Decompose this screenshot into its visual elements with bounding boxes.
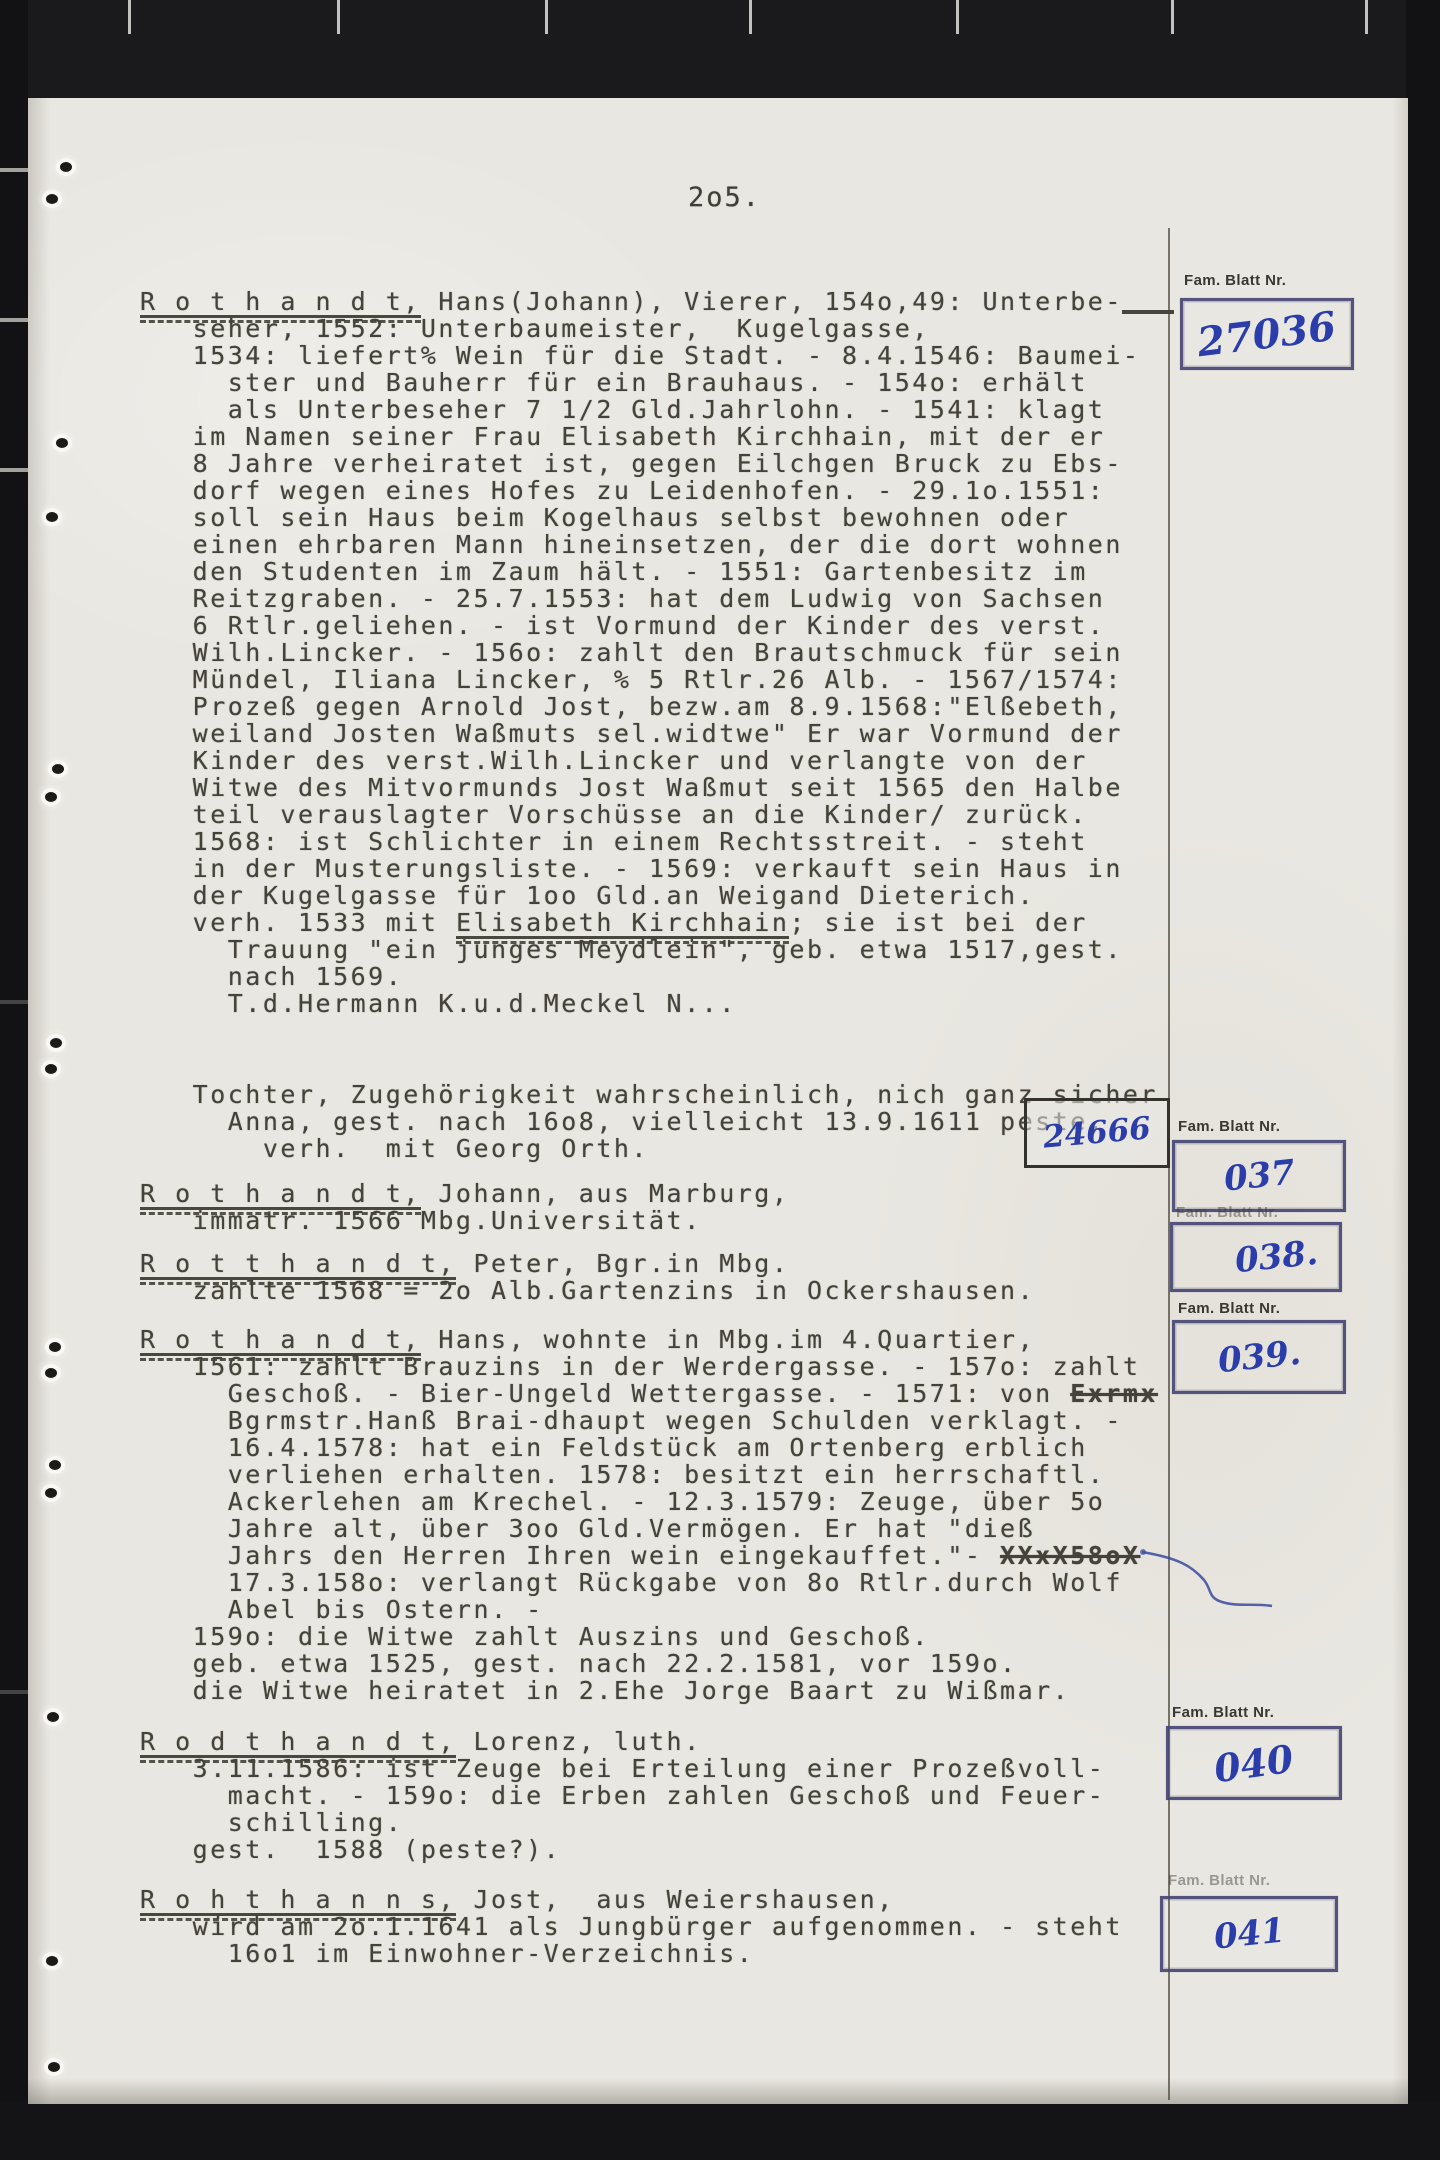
punch-hole: [46, 1956, 58, 1966]
text-line: soll sein Haus beim Kogelhaus selbst bew…: [140, 504, 1260, 531]
text-line: Wilh.Lincker. - 156o: zahlt den Brautsch…: [140, 639, 1260, 666]
text-line: 16o1 im Einwohner-Verzeichnis.: [140, 1940, 1260, 1967]
punch-hole: [45, 1488, 57, 1498]
entry-body: 3.11.1586: ist Zeuge bei Erteilung einer…: [140, 1755, 1260, 1863]
film-edge-mark: [0, 318, 28, 322]
text-line: geb. etwa 1525, gest. nach 22.2.1581, vo…: [140, 1650, 1260, 1677]
stamp-box-039: 039.: [1172, 1320, 1346, 1394]
film-frame-tick: [128, 0, 131, 34]
film-strip-top: [0, 0, 1440, 100]
stamp-label: Fam. Blatt Nr.: [1176, 1204, 1278, 1221]
struck-text-line: Jahrs den Herren Ihren wein eingekauffet…: [140, 1542, 1260, 1569]
entry-heading: R o t t h a n d t, Peter, Bgr.in Mbg.: [140, 1250, 1260, 1277]
text-line: 1534: liefert% Wein für die Stadt. - 8.4…: [140, 342, 1260, 369]
handwritten-number: 038.: [1233, 1233, 1320, 1281]
film-strip-right: [1406, 0, 1440, 2160]
handwritten-number: 041: [1212, 1910, 1287, 1957]
text-line: Witwe des Mitvormunds Jost Waßmut seit 1…: [140, 774, 1260, 801]
stamp-box-038: 038.: [1170, 1222, 1342, 1292]
punch-hole: [45, 792, 57, 802]
punch-hole: [47, 1712, 59, 1722]
entry-heading: R o d t h a n d t, Lorenz, luth.: [140, 1728, 1260, 1755]
text-line: Ackerlehen am Krechel. - 12.3.1579: Zeug…: [140, 1488, 1260, 1515]
punch-hole: [52, 764, 64, 774]
film-edge-mark: [0, 468, 28, 472]
punch-hole: [49, 1460, 61, 1470]
stamp-box-041: 041: [1160, 1896, 1338, 1972]
entry-heading-rest: Hans, wohnte in Mbg.im 4.Quartier,: [421, 1325, 1035, 1354]
film-frame-tick: [337, 0, 340, 34]
text-line: Reitzgraben. - 25.7.1553: hat dem Ludwig…: [140, 585, 1260, 612]
punch-hole: [56, 438, 68, 448]
punch-hole: [46, 512, 58, 522]
stamp-box-037: 037: [1172, 1140, 1346, 1212]
entry-heading-rest: Jost, aus Weiershausen,: [456, 1885, 895, 1914]
text-line: 8 Jahre verheiratet ist, gegen Eilchgen …: [140, 450, 1260, 477]
film-edge-mark: [0, 1000, 28, 1004]
entry-rothandt-hans-quartier: R o t h a n d t, Hans, wohnte in Mbg.im …: [140, 1326, 1260, 1704]
punch-hole: [48, 2062, 60, 2072]
entry-body: seher, 1552: Unterbaumeister, Kugelgasse…: [140, 315, 1260, 909]
entry-body: Trauung "ein junges Meydlein", geb. etwa…: [140, 936, 1260, 1017]
text-line: verliehen erhalten. 1578: besitzt ein he…: [140, 1461, 1260, 1488]
film-edge-mark: [0, 1690, 28, 1694]
punch-hole: [50, 1038, 62, 1048]
text-line: schilling.: [140, 1809, 1260, 1836]
entry-rohthanns-jost: R o h t h a n n s, Jost, aus Weiershause…: [140, 1886, 1260, 1967]
text-line: der Kugelgasse für 1oo Gld.an Weigand Di…: [140, 882, 1260, 909]
entry-heading: R o t h a n d t, Johann, aus Marburg,: [140, 1180, 1260, 1207]
text-line: Abel bis Ostern. -: [140, 1596, 1260, 1623]
text-line: 159o: die Witwe zahlt Auszins und Gescho…: [140, 1623, 1260, 1650]
text-line: Bgrmstr.Hanß Brai-dhaupt wegen Schulden …: [140, 1407, 1260, 1434]
film-frame-tick: [1171, 0, 1174, 34]
text-line: Mündel, Iliana Lincker, % 5 Rtlr.26 Alb.…: [140, 666, 1260, 693]
marriage-line: verh. 1533 mit Elisabeth Kirchhain; sie …: [140, 909, 1260, 936]
stamp-label: Fam. Blatt Nr.: [1178, 1118, 1280, 1135]
film-frame-tick: [1365, 0, 1368, 34]
stamp-label: Fam. Blatt Nr.: [1178, 1300, 1280, 1317]
entry-heading: R o t h a n d t, Hans, wohnte in Mbg.im …: [140, 1326, 1260, 1353]
text-line: dorf wegen eines Hofes zu Leidenhofen. -…: [140, 477, 1260, 504]
film-strip-left: [0, 0, 28, 2160]
text-line: Trauung "ein junges Meydlein", geb. etwa…: [140, 936, 1260, 963]
text-line: Prozeß gegen Arnold Jost, bezw.am 8.9.15…: [140, 693, 1260, 720]
entry-body: immatr. 1566 Mbg.Universität.: [140, 1207, 1260, 1234]
entry-heading: R o h t h a n n s, Jost, aus Weiershause…: [140, 1886, 1260, 1913]
text-line: T.d.Hermann K.u.d.Meckel N...: [140, 990, 1260, 1017]
entry-body: 17.3.158o: verlangt Rückgabe von 8o Rtlr…: [140, 1569, 1260, 1704]
text-line: als Unterbeseher 7 1/2 Gld.Jahrlohn. - 1…: [140, 396, 1260, 423]
text-line: im Namen seiner Frau Elisabeth Kirchhain…: [140, 423, 1260, 450]
stamp-box-27036: 27036: [1180, 298, 1354, 370]
entry-rothandt-johann: R o t h a n d t, Johann, aus Marburg, im…: [140, 1180, 1260, 1234]
struck-word: XXxX58oX: [1000, 1541, 1140, 1570]
text-line: ster und Bauherr für ein Brauhaus. - 154…: [140, 369, 1260, 396]
text-line: Kinder des verst.Wilh.Lincker und verlan…: [140, 747, 1260, 774]
text-line: weiland Josten Waßmuts sel.widtwe" Er wa…: [140, 720, 1260, 747]
microfilm-scan: 2o5. R o t h a n d t, Hans(Johann), Vier…: [0, 0, 1440, 2160]
text-line: gest. 1588 (peste?).: [140, 1836, 1260, 1863]
text-line: seher, 1552: Unterbaumeister, Kugelgasse…: [140, 315, 1260, 342]
film-frame-tick: [749, 0, 752, 34]
film-strip-bottom: [0, 2102, 1440, 2160]
entry-heading-rest: Hans(Johann), Vierer, 154o,49: Unterbe-: [421, 287, 1123, 316]
handwritten-number: 037: [1222, 1152, 1297, 1199]
handwritten-number: 039.: [1216, 1333, 1303, 1381]
text-line: 1568: ist Schlichter in einem Rechtsstre…: [140, 828, 1260, 855]
handwritten-number: 040: [1212, 1735, 1297, 1791]
text-line: 16.4.1578: hat ein Feldstück am Ortenber…: [140, 1434, 1260, 1461]
text-line: die Witwe heiratet in 2.Ehe Jorge Baart …: [140, 1677, 1260, 1704]
entry-rothandt-hans-johann: R o t h a n d t, Hans(Johann), Vierer, 1…: [140, 288, 1260, 1162]
entry-body: zahlte 1568 = 2o Alb.Gartenzins in Ocker…: [140, 1277, 1260, 1304]
film-edge-mark: [0, 168, 28, 172]
stamp-label: Fam. Blatt Nr.: [1172, 1704, 1274, 1721]
text-line: wird am 2o.1.1641 als Jungbürger aufgeno…: [140, 1913, 1260, 1940]
page-number: 2o5.: [688, 182, 761, 213]
punch-hole: [45, 1368, 57, 1378]
entry-heading-rest: Johann, aus Marburg,: [421, 1179, 790, 1208]
text-line: 6 Rtlr.geliehen. - ist Vormund der Kinde…: [140, 612, 1260, 639]
pen-stroke: [1138, 1540, 1288, 1620]
handwritten-note-box: 24666: [1024, 1098, 1170, 1168]
entry-body: 1561: zahlt Brauzins in der Werdergasse.…: [140, 1353, 1260, 1380]
entry-heading-rest: Peter, Bgr.in Mbg.: [456, 1249, 789, 1278]
text-line: Jahre alt, über 3oo Gld.Vermögen. Er hat…: [140, 1515, 1260, 1542]
entry-rotthandt-peter: R o t t h a n d t, Peter, Bgr.in Mbg. za…: [140, 1250, 1260, 1304]
struck-text-line: Geschoß. - Bier-Ungeld Wettergasse. - 15…: [140, 1380, 1260, 1407]
entry-heading: R o t h a n d t, Hans(Johann), Vierer, 1…: [140, 288, 1260, 315]
text-line: in der Musterungsliste. - 1569: verkauft…: [140, 855, 1260, 882]
text-line: zahlte 1568 = 2o Alb.Gartenzins in Ocker…: [140, 1277, 1260, 1304]
film-frame-tick: [545, 0, 548, 34]
punch-hole: [60, 162, 72, 172]
text-line: macht. - 159o: die Erben zahlen Geschoß …: [140, 1782, 1260, 1809]
text-line: den Studenten im Zaum hält. - 1551: Gart…: [140, 558, 1260, 585]
handwritten-number: 24666: [1042, 1110, 1153, 1155]
punch-hole: [49, 1342, 61, 1352]
text-line: teil verauslagter Vorschüsse an die Kind…: [140, 801, 1260, 828]
entry-heading-rest: Lorenz, luth.: [456, 1727, 702, 1756]
text-line: nach 1569.: [140, 963, 1260, 990]
text-line: 1561: zahlt Brauzins in der Werdergasse.…: [140, 1353, 1260, 1380]
text-line: einen ehrbaren Mann hineinsetzen, der di…: [140, 531, 1260, 558]
handwritten-number: 27036: [1195, 302, 1339, 366]
struck-word: Exrmx: [1070, 1379, 1158, 1408]
entry-body: wird am 2o.1.1641 als Jungbürger aufgeno…: [140, 1913, 1260, 1967]
stamp-label: Fam. Blatt Nr.: [1184, 272, 1286, 289]
punch-hole: [46, 194, 58, 204]
text-line: 17.3.158o: verlangt Rückgabe von 8o Rtlr…: [140, 1569, 1260, 1596]
text-line: 3.11.1586: ist Zeuge bei Erteilung einer…: [140, 1755, 1260, 1782]
entry-body: Bgrmstr.Hanß Brai-dhaupt wegen Schulden …: [140, 1407, 1260, 1542]
film-frame-tick: [956, 0, 959, 34]
entry-rodthandt-lorenz: R o d t h a n d t, Lorenz, luth. 3.11.15…: [140, 1728, 1260, 1863]
text-line: immatr. 1566 Mbg.Universität.: [140, 1207, 1260, 1234]
punch-hole: [45, 1064, 57, 1074]
stamp-box-040: 040: [1166, 1726, 1342, 1800]
stamp-label: Fam. Blatt Nr.: [1168, 1872, 1270, 1889]
